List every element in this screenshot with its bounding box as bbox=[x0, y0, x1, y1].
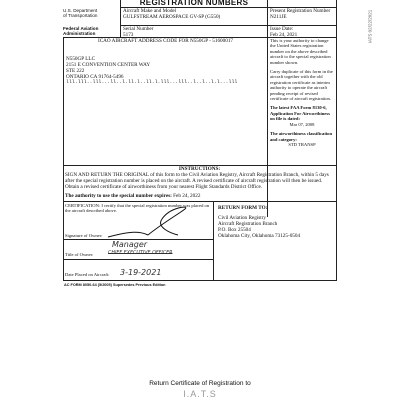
page-title: REGISTRATION NUMBERS bbox=[121, 0, 267, 7]
dot-agency: U.S. Department of Transportation bbox=[63, 8, 115, 19]
title-struck: CHIEF EXECUTIVE OFFICER bbox=[108, 251, 173, 256]
owner-signature bbox=[100, 205, 200, 241]
expiry-line: The authority to use the special number … bbox=[65, 193, 335, 199]
postal-barcode: lll.lll..lll...ll..l.ll.l..ll.l.lll...ll… bbox=[66, 80, 262, 86]
expiry-label: The authority to use the special number … bbox=[65, 193, 172, 199]
divider bbox=[63, 259, 213, 260]
form-number: AC FORM 8050-64 (5/2005) Supersedes Prev… bbox=[64, 283, 166, 287]
agency-line-2: of Transportation bbox=[63, 13, 115, 18]
divider bbox=[120, 0, 121, 37]
make-model-value: GULFSTREAM AEROSPACE GV-SP (G550) bbox=[123, 14, 263, 20]
stamp-name: I.A.T.S bbox=[130, 389, 270, 399]
date-label: Date Placed on Aircraft: bbox=[65, 272, 110, 277]
divider bbox=[63, 280, 337, 281]
date-handwritten: 3-19-2021 bbox=[120, 268, 161, 277]
title-handwritten: Manager bbox=[112, 240, 147, 249]
present-reg-value: N211JE bbox=[270, 14, 334, 20]
icao-code: ICAO AIRCRAFT ADDRESS CODE FOR N550GP - … bbox=[64, 38, 267, 44]
issue-date-field: Issue Date: Feb 24, 2021 bbox=[270, 26, 334, 38]
return-address: RETURN FORM TO: Civil Aviation Registry … bbox=[218, 205, 334, 239]
return-line-4: Oklahoma City, Oklahoma 73125-0504 bbox=[218, 233, 334, 239]
divider bbox=[213, 201, 214, 280]
stamp-text: Return Certificate of Registration to bbox=[130, 380, 270, 387]
divider bbox=[63, 201, 336, 202]
classification-note: The airworthiness classification and cat… bbox=[270, 131, 334, 142]
serial-field: Serial Number 5173 bbox=[123, 26, 263, 38]
make-model-field: Aircraft Make and Model GULFSTREAM AEROS… bbox=[123, 8, 263, 20]
frame-right bbox=[336, 0, 337, 280]
duplicate-note: Carry duplicate of this form in the airc… bbox=[270, 69, 334, 101]
faa-agency: Federal Aviation Administration bbox=[63, 26, 115, 37]
expiry-value: Feb 24, 2022 bbox=[173, 193, 200, 199]
faa-line-2: Administration bbox=[63, 31, 115, 36]
frame-left bbox=[63, 37, 64, 280]
signature-label: Signature of Owner: bbox=[65, 233, 103, 238]
authority-note: This is your authority to change the Uni… bbox=[270, 38, 334, 65]
margin-stamp: IATS 02/22/2021 bbox=[368, 0, 373, 57]
side-notes: This is your authority to change the Uni… bbox=[270, 38, 334, 147]
present-reg-field: Present Registration Number N211JE bbox=[270, 8, 334, 20]
owner-address: N550GP LLC 2151 E CONVENTION CENTER WAY … bbox=[66, 56, 262, 86]
title-label: Title of Owner: bbox=[65, 252, 93, 257]
latest-form-note: The latest FAA Form 8130-6, Application … bbox=[270, 105, 334, 121]
classification-value: STD TRANSP bbox=[270, 142, 334, 147]
instructions-body: SIGN AND RETURN THE ORIGINAL of this for… bbox=[65, 172, 335, 190]
